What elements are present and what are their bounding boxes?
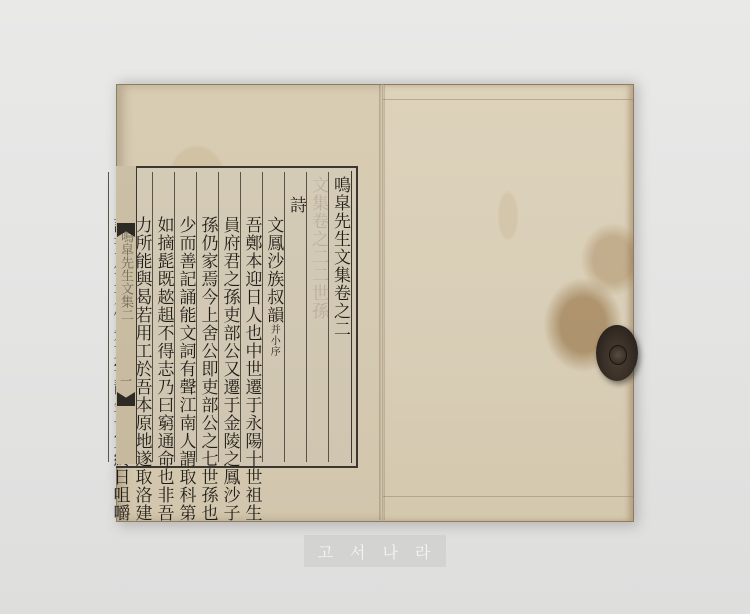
- book-title-text: 鳴皐先生文集卷之二: [329, 176, 350, 462]
- body-text: 孫仍家焉今上舍公即吏部公之七世孫也: [197, 216, 218, 462]
- binding-knob: [596, 325, 638, 381]
- poem-title-text: 文鳳沙族叔韻: [263, 216, 283, 324]
- text-column: 文集卷之二二世孫: [306, 172, 328, 462]
- watermark-char: 서: [343, 540, 376, 563]
- watermark-char: 나: [375, 540, 408, 563]
- text-column: 如摘髭既趑趄不得志乃曰窮通命也非吾: [152, 172, 174, 462]
- watermark-char: 라: [408, 540, 441, 563]
- margin-page-number: 一: [117, 372, 135, 389]
- text-column: 孫仍家焉今上舍公即吏部公之七世孫也: [196, 172, 218, 462]
- text-column: 文鳳沙族叔韻并小序: [262, 172, 285, 462]
- watermark-char: 고: [310, 540, 343, 563]
- ghost-text: 文集卷之二二世孫: [307, 176, 328, 462]
- body-text: 員府君之孫吏部公又遷于金陵之鳳沙子: [219, 216, 240, 462]
- book-spine: [379, 84, 385, 520]
- body-text: 吾鄭本迎日人也中世遷于永陽十世祖生: [241, 216, 262, 462]
- text-column: 鳴皐先生文集卷之二: [328, 172, 350, 462]
- poem-note: 并小序: [268, 324, 279, 357]
- printed-text-block: 鳴皐先生文集卷之二 文集卷之二二世孫 詩 文鳳沙族叔韻并小序 吾鄭本迎日人也中世…: [116, 166, 358, 468]
- text-column: 員府君之孫吏部公又遷于金陵之鳳沙子: [218, 172, 240, 462]
- margin-title: 鳴皐先生文集二: [117, 230, 135, 321]
- poem-title: 文鳳沙族叔韻并小序: [262, 216, 284, 462]
- body-text: 如摘髭既趑趄不得志乃曰窮通命也非吾: [153, 216, 174, 462]
- fold-line: [383, 496, 633, 497]
- watermark: 고 서 나 라: [304, 535, 446, 567]
- text-column: 吾鄭本迎日人也中世遷于永陽十世祖生: [240, 172, 262, 462]
- text-column: 詩: [284, 172, 306, 462]
- text-column: 少而善記誦能文詞有聲江南人謂取科第: [174, 172, 196, 462]
- body-text: 少而善記誦能文詞有聲江南人謂取科第: [175, 216, 196, 462]
- fold-line: [383, 99, 633, 100]
- right-page: [382, 84, 634, 522]
- section-heading: 詩: [285, 196, 306, 462]
- text-columns: 鳴皐先生文集卷之二 文集卷之二二世孫 詩 文鳳沙族叔韻并小序 吾鄭本迎日人也中世…: [116, 172, 350, 462]
